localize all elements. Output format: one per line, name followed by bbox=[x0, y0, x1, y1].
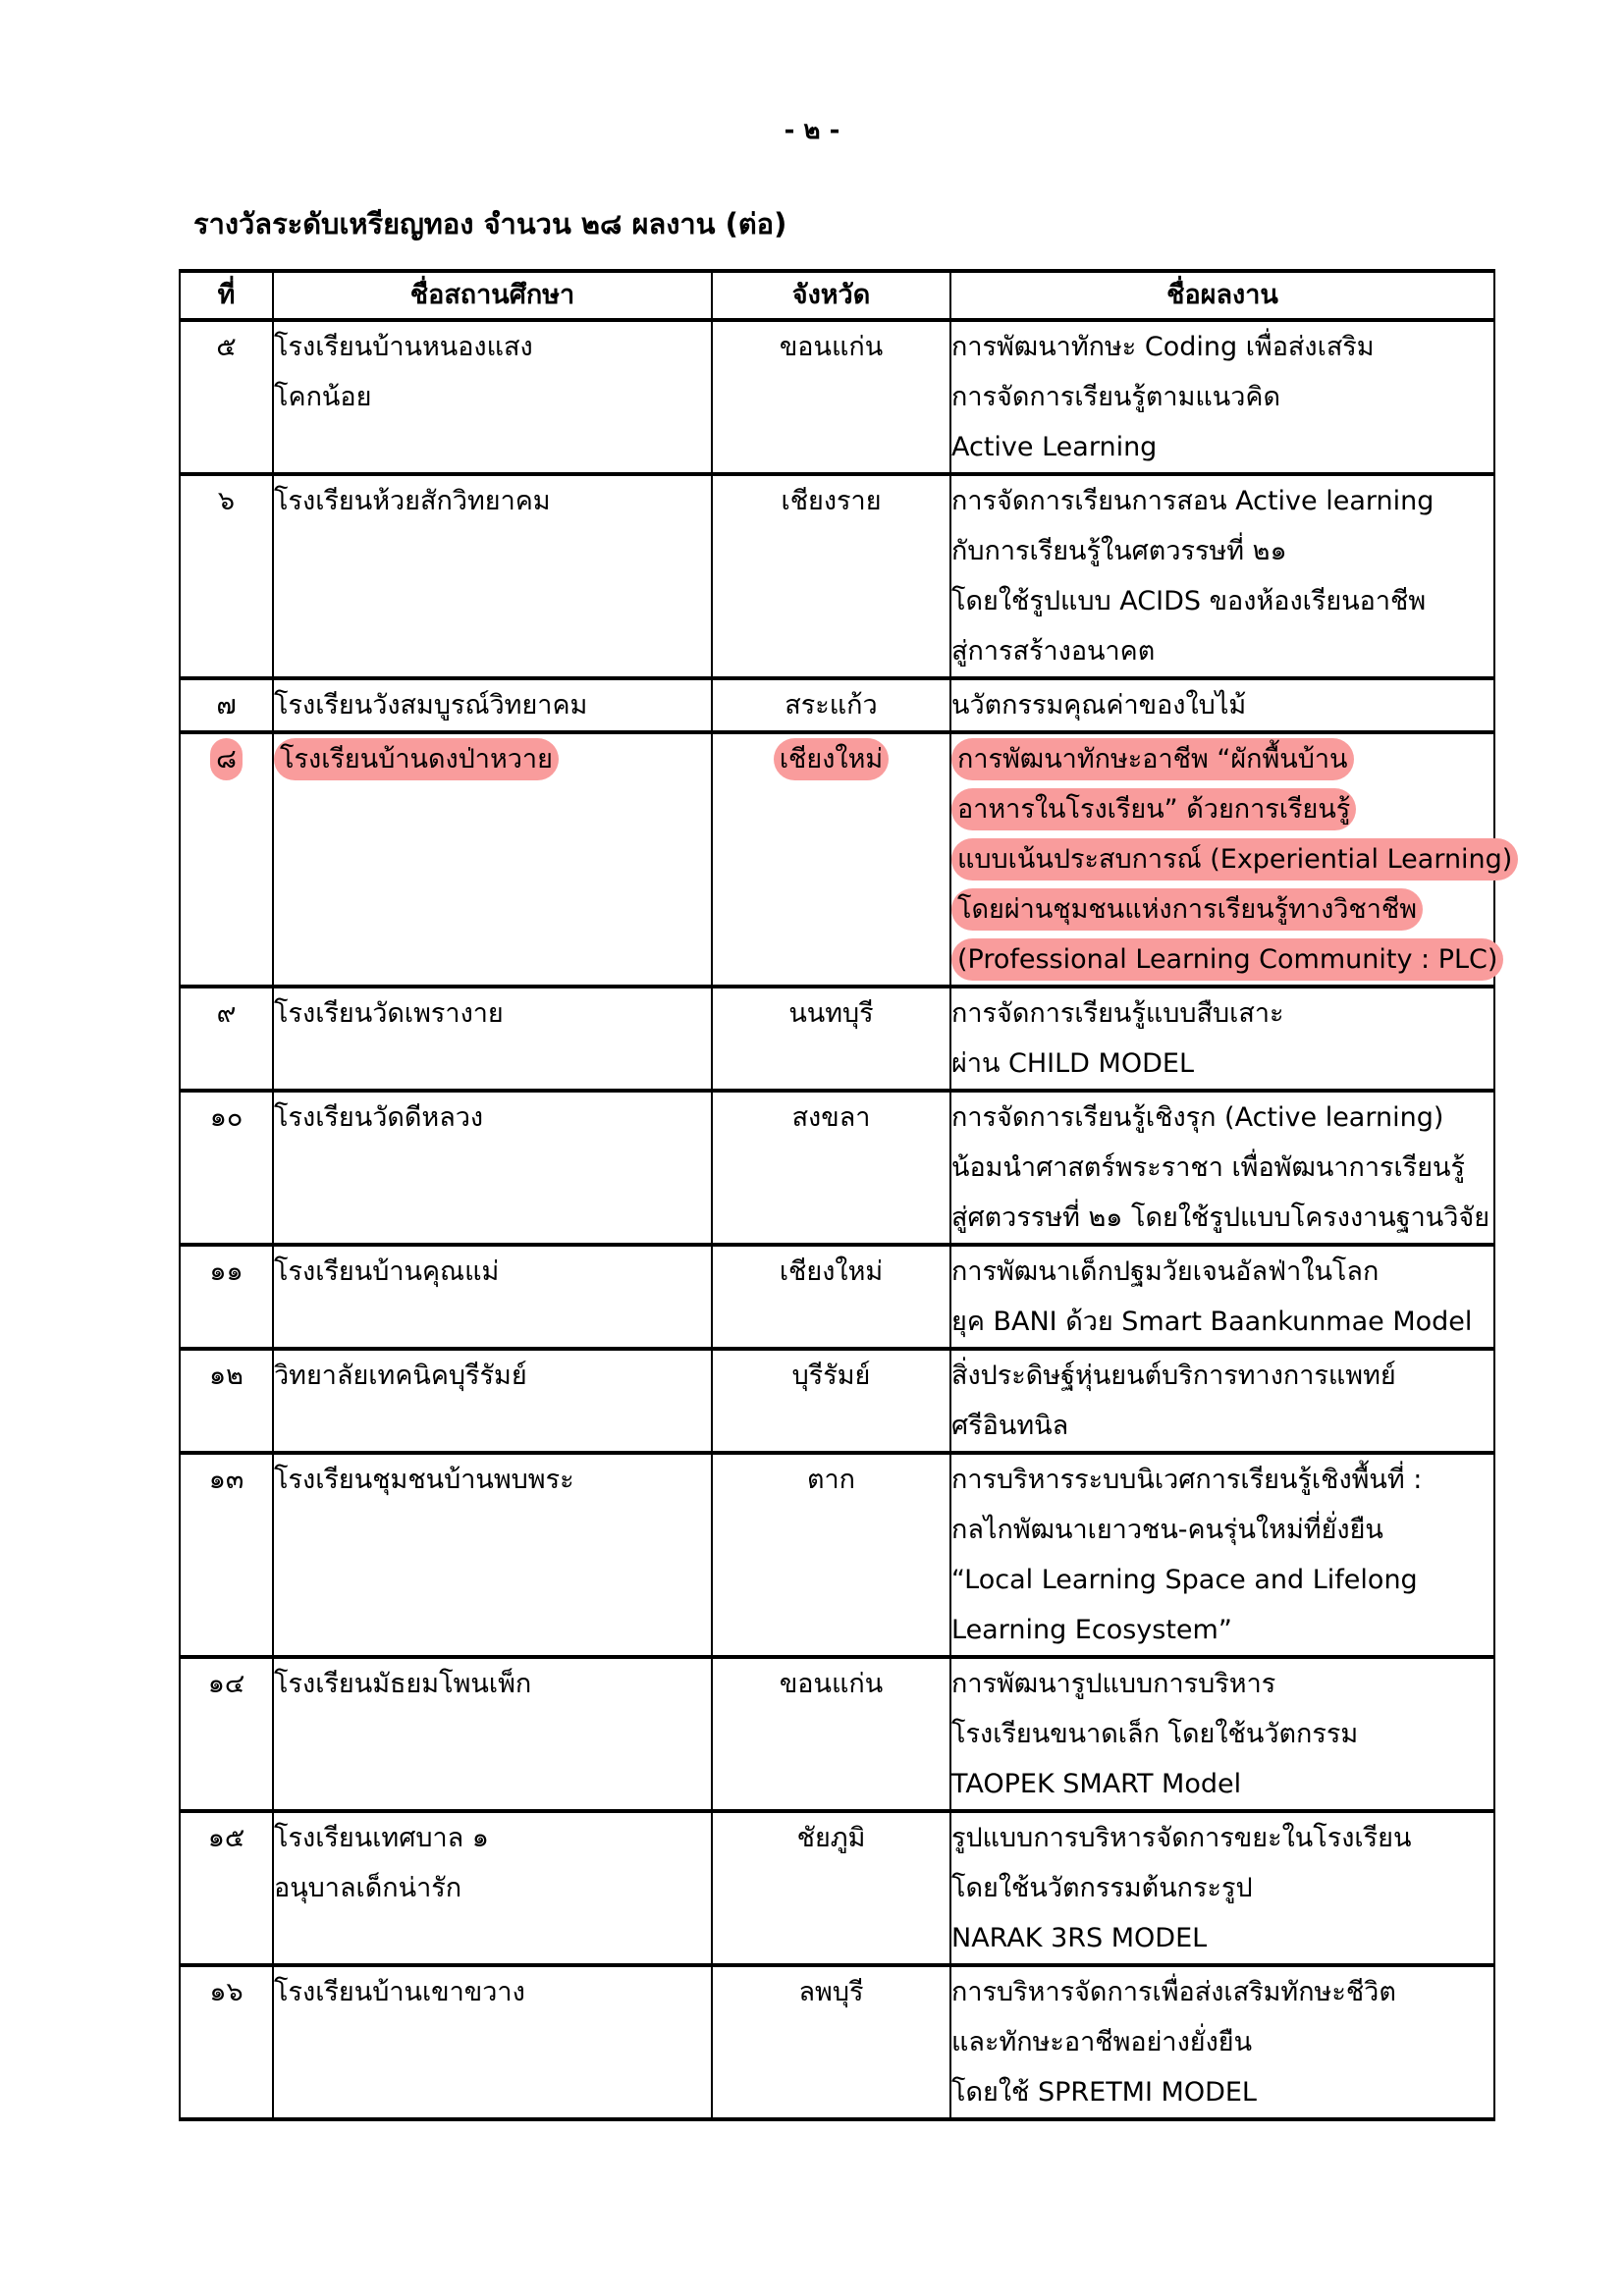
work-title: การจัดการเรียนรู้เชิงรุก (Active learnin… bbox=[950, 1091, 1494, 1245]
row-number: ๑๓ bbox=[180, 1453, 273, 1657]
work-title-text: นวัตกรรมคุณค่าของใบไม้ bbox=[951, 690, 1246, 721]
work-title-text: แบบเน้นประสบการณ์ (Experiential Learning… bbox=[951, 838, 1518, 881]
province-text: เชียงใหม่ bbox=[780, 1256, 883, 1287]
work-title-text: โดยใช้ SPRETMI MODEL bbox=[951, 2077, 1257, 2108]
header-work: ชื่อผลงาน bbox=[950, 271, 1494, 320]
school-name-text: โรงเรียนวัดดีหลวง bbox=[274, 1102, 483, 1133]
row-number-line: ๑๑ bbox=[181, 1247, 272, 1297]
work-title-text: สิ่งประดิษฐ์หุ่นยนต์บริการทางการแพทย์ bbox=[951, 1361, 1396, 1391]
work-title-text: การจัดการเรียนรู้แบบสืบเสาะ bbox=[951, 998, 1284, 1029]
work-title-line: การพัฒนาทักษะ Coding เพื่อส่งเสริม bbox=[951, 322, 1493, 372]
work-title-line: ศรีอินทนิล bbox=[951, 1401, 1493, 1451]
row-number-text: ๑๒ bbox=[209, 1361, 244, 1391]
work-title-line: TAOPEK SMART Model bbox=[951, 1759, 1493, 1809]
table-row: ๑๔โรงเรียนมัธยมโพนเพ็กขอนแก่นการพัฒนารูป… bbox=[180, 1657, 1494, 1811]
school-name: โรงเรียนชุมชนบ้านพบพระ bbox=[273, 1453, 712, 1657]
work-title-text: การพัฒนารูปแบบการบริหาร bbox=[951, 1669, 1275, 1699]
work-title: การบริหารระบบนิเวศการเรียนรู้เชิงพื้นที่… bbox=[950, 1453, 1494, 1657]
header-province: จังหวัด bbox=[712, 271, 950, 320]
province-line: สระแก้ว bbox=[713, 680, 949, 730]
table-row: ๑๑โรงเรียนบ้านคุณแม่เชียงใหม่การพัฒนาเด็… bbox=[180, 1245, 1494, 1349]
province-line: ลพบุรี bbox=[713, 1967, 949, 2017]
province-text: เชียงใหม่ bbox=[774, 738, 889, 780]
work-title-text: ศรีอินทนิล bbox=[951, 1411, 1068, 1441]
province-line: เชียงใหม่ bbox=[713, 1247, 949, 1297]
province-line: ตาก bbox=[713, 1455, 949, 1505]
work-title-line: การจัดการเรียนรู้ตามแนวคิด bbox=[951, 372, 1493, 422]
table-row: ๑๐โรงเรียนวัดดีหลวงสงขลาการจัดการเรียนรู… bbox=[180, 1091, 1494, 1245]
row-number: ๑๒ bbox=[180, 1349, 273, 1453]
work-title-text: สู่ศตวรรษที่ ๒๑ โดยใช้รูปแบบโครงงานฐานวิ… bbox=[951, 1202, 1489, 1233]
row-number-line: ๑๕ bbox=[181, 1813, 272, 1863]
work-title-line: ยุค BANI ด้วย Smart Baankunmae Model bbox=[951, 1297, 1493, 1347]
row-number-text: ๖ bbox=[218, 486, 235, 516]
row-number-text: ๑๕ bbox=[208, 1823, 245, 1853]
row-number-text: ๑๑ bbox=[209, 1256, 243, 1287]
table-row: ๗โรงเรียนวังสมบูรณ์วิทยาคมสระแก้วนวัตกรร… bbox=[180, 678, 1494, 732]
school-name-text: โรงเรียนวังสมบูรณ์วิทยาคม bbox=[274, 690, 587, 721]
school-name-line: โรงเรียนบ้านดงป่าหวาย bbox=[274, 734, 711, 784]
row-number-text: ๗ bbox=[216, 690, 236, 721]
work-title-line: กับการเรียนรู้ในศตวรรษที่ ๒๑ bbox=[951, 526, 1493, 576]
province-line: บุรีรัมย์ bbox=[713, 1351, 949, 1401]
school-name-line: โรงเรียนชุมชนบ้านพบพระ bbox=[274, 1455, 711, 1505]
row-number-line: ๑๐ bbox=[181, 1093, 272, 1143]
school-name-line: โรงเรียนวัดเพรางาย bbox=[274, 988, 711, 1039]
school-name: โรงเรียนบ้านหนองแสงโคกน้อย bbox=[273, 320, 712, 474]
work-title-text: การบริหารระบบนิเวศการเรียนรู้เชิงพื้นที่… bbox=[951, 1465, 1422, 1495]
school-name: โรงเรียนเทศบาล ๑อนุบาลเด็กน่ารัก bbox=[273, 1811, 712, 1965]
row-number-text: ๑๖ bbox=[209, 1977, 243, 2007]
work-title-text: ยุค BANI ด้วย Smart Baankunmae Model bbox=[951, 1307, 1472, 1337]
work-title-line: การพัฒนาเด็กปฐมวัยเจนอัลฟ่าในโลก bbox=[951, 1247, 1493, 1297]
work-title-text: การพัฒนาทักษะอาชีพ “ผักพื้นบ้าน bbox=[951, 738, 1354, 780]
work-title-line: การบริหารระบบนิเวศการเรียนรู้เชิงพื้นที่… bbox=[951, 1455, 1493, 1505]
school-name-line: วิทยาลัยเทคนิคบุรีรัมย์ bbox=[274, 1351, 711, 1401]
province: นนทบุรี bbox=[712, 987, 950, 1091]
school-name: โรงเรียนวัดดีหลวง bbox=[273, 1091, 712, 1245]
province: สงขลา bbox=[712, 1091, 950, 1245]
work-title-line: โดยใช้นวัตกรรมต้นกระรูป bbox=[951, 1863, 1493, 1913]
province: เชียงใหม่ bbox=[712, 732, 950, 987]
work-title-line: น้อมนำศาสตร์พระราชา เพื่อพัฒนาการเรียนรู… bbox=[951, 1143, 1493, 1193]
school-name: โรงเรียนวัดเพรางาย bbox=[273, 987, 712, 1091]
header-school: ชื่อสถานศึกษา bbox=[273, 271, 712, 320]
school-name: โรงเรียนบ้านดงป่าหวาย bbox=[273, 732, 712, 987]
row-number-line: ๕ bbox=[181, 322, 272, 372]
work-title: สิ่งประดิษฐ์หุ่นยนต์บริการทางการแพทย์ศรี… bbox=[950, 1349, 1494, 1453]
work-title-text: (Professional Learning Community : PLC) bbox=[951, 938, 1503, 981]
school-name-text: โคกน้อย bbox=[274, 382, 371, 412]
work-title-line: NARAK 3RS MODEL bbox=[951, 1913, 1493, 1963]
row-number: ๑๑ bbox=[180, 1245, 273, 1349]
school-name: โรงเรียนบ้านคุณแม่ bbox=[273, 1245, 712, 1349]
work-title-line: Active Learning bbox=[951, 422, 1493, 472]
work-title: การพัฒนาทักษะ Coding เพื่อส่งเสริมการจัด… bbox=[950, 320, 1494, 474]
work-title-line: กลไกพัฒนาเยาวชน-คนรุ่นใหม่ที่ยั่งยืน bbox=[951, 1505, 1493, 1555]
school-name-text: วิทยาลัยเทคนิคบุรีรัมย์ bbox=[274, 1361, 527, 1391]
school-name-line: โรงเรียนบ้านคุณแม่ bbox=[274, 1247, 711, 1297]
row-number-line: ๖ bbox=[181, 476, 272, 526]
work-title-line: นวัตกรรมคุณค่าของใบไม้ bbox=[951, 680, 1493, 730]
province-text: บุรีรัมย์ bbox=[792, 1361, 871, 1391]
school-name-line: โรงเรียนเทศบาล ๑ bbox=[274, 1813, 711, 1863]
school-name-text: โรงเรียนเทศบาล ๑ bbox=[274, 1823, 489, 1853]
work-title-text: กลไกพัฒนาเยาวชน-คนรุ่นใหม่ที่ยั่งยืน bbox=[951, 1515, 1383, 1545]
work-title-text: NARAK 3RS MODEL bbox=[951, 1923, 1207, 1953]
province: สระแก้ว bbox=[712, 678, 950, 732]
work-title-line: การพัฒนารูปแบบการบริหาร bbox=[951, 1659, 1493, 1709]
province-text: สงขลา bbox=[792, 1102, 871, 1133]
work-title: การบริหารจัดการเพื่อส่งเสริมทักษะชีวิตแล… bbox=[950, 1965, 1494, 2119]
work-title-text: สู่การสร้างอนาคต bbox=[951, 636, 1155, 667]
province: ตาก bbox=[712, 1453, 950, 1657]
table-row: ๘โรงเรียนบ้านดงป่าหวายเชียงใหม่การพัฒนาท… bbox=[180, 732, 1494, 987]
school-name-text: โรงเรียนชุมชนบ้านพบพระ bbox=[274, 1465, 574, 1495]
school-name-text: โรงเรียนวัดเพรางาย bbox=[274, 998, 504, 1029]
school-name-line: โรงเรียนบ้านเขาขวาง bbox=[274, 1967, 711, 2017]
province: ขอนแก่น bbox=[712, 1657, 950, 1811]
school-name: โรงเรียนวังสมบูรณ์วิทยาคม bbox=[273, 678, 712, 732]
work-title-text: กับการเรียนรู้ในศตวรรษที่ ๒๑ bbox=[951, 536, 1287, 566]
row-number: ๗ bbox=[180, 678, 273, 732]
province-text: เชียงราย bbox=[781, 486, 881, 516]
work-title-text: ผ่าน CHILD MODEL bbox=[951, 1048, 1194, 1079]
work-title: การพัฒนาเด็กปฐมวัยเจนอัลฟ่าในโลกยุค BANI… bbox=[950, 1245, 1494, 1349]
work-title-text: โรงเรียนขนาดเล็ก โดยใช้นวัตกรรม bbox=[951, 1719, 1358, 1749]
work-title: นวัตกรรมคุณค่าของใบไม้ bbox=[950, 678, 1494, 732]
table-row: ๖โรงเรียนห้วยสักวิทยาคมเชียงรายการจัดการ… bbox=[180, 474, 1494, 678]
school-name-line: โรงเรียนบ้านหนองแสง bbox=[274, 322, 711, 372]
row-number-line: ๑๖ bbox=[181, 1967, 272, 2017]
province-line: ขอนแก่น bbox=[713, 1659, 949, 1709]
work-title: รูปแบบการบริหารจัดการขยะในโรงเรียนโดยใช้… bbox=[950, 1811, 1494, 1965]
province-line: สงขลา bbox=[713, 1093, 949, 1143]
school-name-text: โรงเรียนห้วยสักวิทยาคม bbox=[274, 486, 551, 516]
row-number: ๕ bbox=[180, 320, 273, 474]
row-number-line: ๙ bbox=[181, 988, 272, 1039]
work-title-line: โรงเรียนขนาดเล็ก โดยใช้นวัตกรรม bbox=[951, 1709, 1493, 1759]
table-row: ๑๒วิทยาลัยเทคนิคบุรีรัมย์บุรีรัมย์สิ่งปร… bbox=[180, 1349, 1494, 1453]
province-text: สระแก้ว bbox=[785, 690, 877, 721]
school-name-line: โคกน้อย bbox=[274, 372, 711, 422]
work-title-line: รูปแบบการบริหารจัดการขยะในโรงเรียน bbox=[951, 1813, 1493, 1863]
work-title-line: อาหารในโรงเรียน” ด้วยการเรียนรู้ bbox=[951, 784, 1493, 834]
row-number-line: ๘ bbox=[181, 734, 272, 784]
table-row: ๑๖โรงเรียนบ้านเขาขวางลพบุรีการบริหารจัดก… bbox=[180, 1965, 1494, 2119]
school-name-text: โรงเรียนบ้านดงป่าหวาย bbox=[274, 738, 559, 780]
work-title-line: โดยผ่านชุมชนแห่งการเรียนรู้ทางวิชาชีพ bbox=[951, 884, 1493, 934]
work-title-text: การพัฒนาเด็กปฐมวัยเจนอัลฟ่าในโลก bbox=[951, 1256, 1379, 1287]
row-number-text: ๕ bbox=[216, 332, 236, 362]
school-name-line: โรงเรียนวัดดีหลวง bbox=[274, 1093, 711, 1143]
work-title-text: การจัดการเรียนการสอน Active learning bbox=[951, 486, 1434, 516]
school-name: วิทยาลัยเทคนิคบุรีรัมย์ bbox=[273, 1349, 712, 1453]
row-number: ๑๕ bbox=[180, 1811, 273, 1965]
school-name-line: โรงเรียนมัธยมโพนเพ็ก bbox=[274, 1659, 711, 1709]
school-name-text: โรงเรียนบ้านเขาขวาง bbox=[274, 1977, 525, 2007]
school-name-text: โรงเรียนบ้านหนองแสง bbox=[274, 332, 533, 362]
school-name-line: อนุบาลเด็กน่ารัก bbox=[274, 1863, 711, 1913]
table-body: ๕โรงเรียนบ้านหนองแสงโคกน้อยขอนแก่นการพัฒ… bbox=[180, 320, 1494, 2119]
work-title-line: (Professional Learning Community : PLC) bbox=[951, 934, 1493, 985]
school-name-text: โรงเรียนมัธยมโพนเพ็ก bbox=[274, 1669, 531, 1699]
work-title: การจัดการเรียนการสอน Active learningกับก… bbox=[950, 474, 1494, 678]
table-header-row: ที่ ชื่อสถานศึกษา จังหวัด ชื่อผลงาน bbox=[180, 271, 1494, 320]
school-name-text: โรงเรียนบ้านคุณแม่ bbox=[274, 1256, 499, 1287]
work-title-text: การบริหารจัดการเพื่อส่งเสริมทักษะชีวิต bbox=[951, 1977, 1396, 2007]
work-title-line: “Local Learning Space and Lifelong bbox=[951, 1555, 1493, 1605]
work-title-text: การจัดการเรียนรู้ตามแนวคิด bbox=[951, 382, 1280, 412]
row-number-line: ๗ bbox=[181, 680, 272, 730]
table-row: ๑๓โรงเรียนชุมชนบ้านพบพระตากการบริหารระบบ… bbox=[180, 1453, 1494, 1657]
row-number: ๘ bbox=[180, 732, 273, 987]
school-name-line: โรงเรียนวังสมบูรณ์วิทยาคม bbox=[274, 680, 711, 730]
section-title: รางวัลระดับเหรียญทอง จำนวน ๒๘ ผลงาน (ต่อ… bbox=[193, 201, 786, 246]
work-title-text: การพัฒนาทักษะ Coding เพื่อส่งเสริม bbox=[951, 332, 1375, 362]
work-title-line: การจัดการเรียนการสอน Active learning bbox=[951, 476, 1493, 526]
province: ชัยภูมิ bbox=[712, 1811, 950, 1965]
work-title-text: และทักษะอาชีพอย่างยั่งยืน bbox=[951, 2027, 1252, 2057]
table-row: ๙โรงเรียนวัดเพรางายนนทบุรีการจัดการเรียน… bbox=[180, 987, 1494, 1091]
province-line: ขอนแก่น bbox=[713, 322, 949, 372]
school-name: โรงเรียนบ้านเขาขวาง bbox=[273, 1965, 712, 2119]
province-text: ชัยภูมิ bbox=[797, 1823, 866, 1853]
row-number: ๑๖ bbox=[180, 1965, 273, 2119]
province: เชียงราย bbox=[712, 474, 950, 678]
work-title-text: อาหารในโรงเรียน” ด้วยการเรียนรู้ bbox=[951, 788, 1356, 830]
province-line: เชียงราย bbox=[713, 476, 949, 526]
row-number-text: ๑๓ bbox=[209, 1465, 244, 1495]
work-title-line: โดยใช้รูปแบบ ACIDS ของห้องเรียนอาชีพ bbox=[951, 576, 1493, 626]
page-number: - ๒ - bbox=[0, 110, 1624, 150]
work-title-line: การจัดการเรียนรู้เชิงรุก (Active learnin… bbox=[951, 1093, 1493, 1143]
work-title-line: การพัฒนาทักษะอาชีพ “ผักพื้นบ้าน bbox=[951, 734, 1493, 784]
work-title-line: สู่ศตวรรษที่ ๒๑ โดยใช้รูปแบบโครงงานฐานวิ… bbox=[951, 1193, 1493, 1243]
row-number-text: ๑๔ bbox=[208, 1669, 245, 1699]
work-title-text: Active Learning bbox=[951, 432, 1157, 462]
province-text: ขอนแก่น bbox=[780, 1669, 883, 1699]
work-title-text: Learning Ecosystem” bbox=[951, 1615, 1232, 1645]
work-title-text: การจัดการเรียนรู้เชิงรุก (Active learnin… bbox=[951, 1102, 1443, 1133]
work-title-text: โดยใช้รูปแบบ ACIDS ของห้องเรียนอาชีพ bbox=[951, 586, 1426, 616]
work-title-line: และทักษะอาชีพอย่างยั่งยืน bbox=[951, 2017, 1493, 2067]
work-title-line: ผ่าน CHILD MODEL bbox=[951, 1039, 1493, 1089]
row-number-text: ๘ bbox=[210, 738, 243, 780]
work-title: การพัฒนารูปแบบการบริหารโรงเรียนขนาดเล็ก … bbox=[950, 1657, 1494, 1811]
school-name-text: อนุบาลเด็กน่ารัก bbox=[274, 1873, 461, 1903]
work-title-line: โดยใช้ SPRETMI MODEL bbox=[951, 2067, 1493, 2117]
work-title-line: แบบเน้นประสบการณ์ (Experiential Learning… bbox=[951, 834, 1493, 884]
work-title: การพัฒนาทักษะอาชีพ “ผักพื้นบ้านอาหารในโร… bbox=[950, 732, 1494, 987]
province-text: ขอนแก่น bbox=[780, 332, 883, 362]
work-title: การจัดการเรียนรู้แบบสืบเสาะผ่าน CHILD MO… bbox=[950, 987, 1494, 1091]
school-name: โรงเรียนห้วยสักวิทยาคม bbox=[273, 474, 712, 678]
province-line: ชัยภูมิ bbox=[713, 1813, 949, 1863]
table-row: ๑๕โรงเรียนเทศบาล ๑อนุบาลเด็กน่ารักชัยภูม… bbox=[180, 1811, 1494, 1965]
province-text: นนทบุรี bbox=[788, 998, 873, 1029]
province: ลพบุรี bbox=[712, 1965, 950, 2119]
work-title-text: รูปแบบการบริหารจัดการขยะในโรงเรียน bbox=[951, 1823, 1411, 1853]
work-title-text: โดยผ่านชุมชนแห่งการเรียนรู้ทางวิชาชีพ bbox=[951, 888, 1423, 931]
row-number-line: ๑๔ bbox=[181, 1659, 272, 1709]
province: บุรีรัมย์ bbox=[712, 1349, 950, 1453]
row-number: ๑๔ bbox=[180, 1657, 273, 1811]
province-text: ลพบุรี bbox=[799, 1977, 864, 2007]
work-title-line: Learning Ecosystem” bbox=[951, 1605, 1493, 1655]
row-number-line: ๑๓ bbox=[181, 1455, 272, 1505]
province: ขอนแก่น bbox=[712, 320, 950, 474]
work-title-line: สู่การสร้างอนาคต bbox=[951, 626, 1493, 676]
work-title-line: การบริหารจัดการเพื่อส่งเสริมทักษะชีวิต bbox=[951, 1967, 1493, 2017]
work-title-text: น้อมนำศาสตร์พระราชา เพื่อพัฒนาการเรียนรู… bbox=[951, 1152, 1465, 1183]
awards-table: ที่ ชื่อสถานศึกษา จังหวัด ชื่อผลงาน ๕โรง… bbox=[179, 269, 1495, 2121]
province-text: ตาก bbox=[807, 1465, 855, 1495]
row-number: ๙ bbox=[180, 987, 273, 1091]
table-row: ๕โรงเรียนบ้านหนองแสงโคกน้อยขอนแก่นการพัฒ… bbox=[180, 320, 1494, 474]
row-number-text: ๙ bbox=[217, 998, 237, 1029]
header-no: ที่ bbox=[180, 271, 273, 320]
province-line: นนทบุรี bbox=[713, 988, 949, 1039]
row-number-text: ๑๐ bbox=[210, 1102, 244, 1133]
row-number: ๖ bbox=[180, 474, 273, 678]
school-name: โรงเรียนมัธยมโพนเพ็ก bbox=[273, 1657, 712, 1811]
row-number: ๑๐ bbox=[180, 1091, 273, 1245]
work-title-text: “Local Learning Space and Lifelong bbox=[951, 1565, 1418, 1595]
work-title-line: สิ่งประดิษฐ์หุ่นยนต์บริการทางการแพทย์ bbox=[951, 1351, 1493, 1401]
work-title-line: การจัดการเรียนรู้แบบสืบเสาะ bbox=[951, 988, 1493, 1039]
school-name-line: โรงเรียนห้วยสักวิทยาคม bbox=[274, 476, 711, 526]
work-title-text: TAOPEK SMART Model bbox=[951, 1769, 1241, 1799]
work-title-text: โดยใช้นวัตกรรมต้นกระรูป bbox=[951, 1873, 1253, 1903]
row-number-line: ๑๒ bbox=[181, 1351, 272, 1401]
province: เชียงใหม่ bbox=[712, 1245, 950, 1349]
province-line: เชียงใหม่ bbox=[713, 734, 949, 784]
